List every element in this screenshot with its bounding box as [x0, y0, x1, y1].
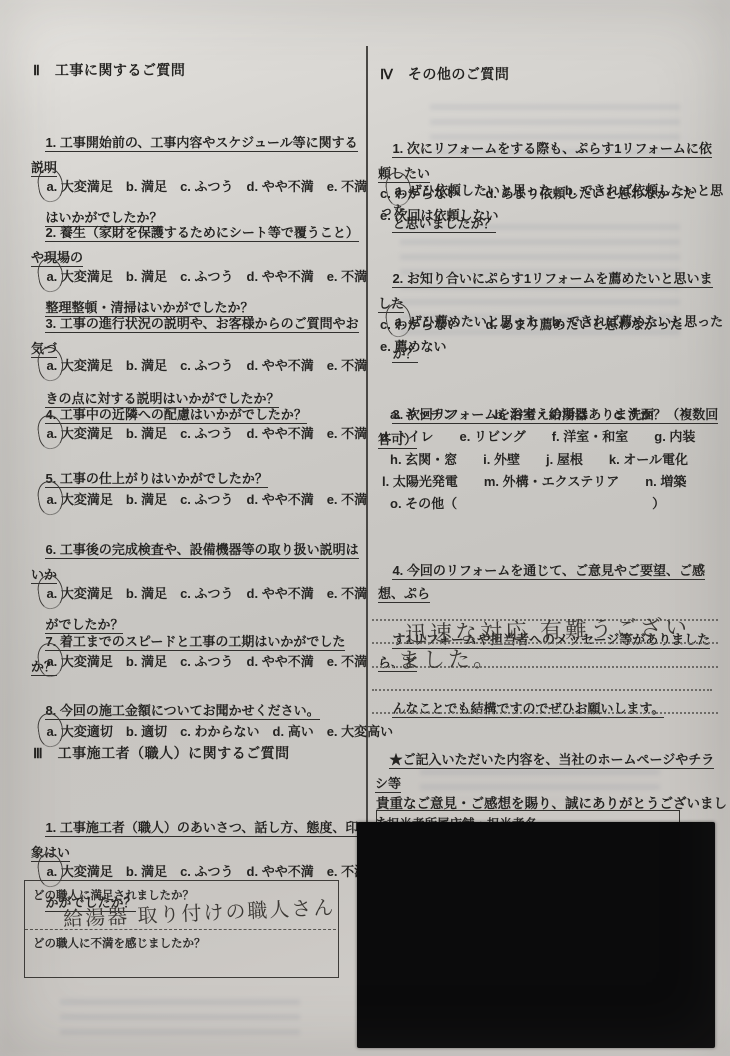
question-4-3-row2: d. トイレ e. リビング f. 洋室・和室 g. 内装 — [380, 427, 695, 447]
section-3-heading: Ⅲ 工事施工者（職人）に関するご質問 — [33, 743, 290, 763]
question-4-3-row4: l. 太陽光発電 m. 外構・エクステリア n. 増築 — [382, 472, 686, 492]
circled-answer-a: a. — [46, 652, 57, 672]
circled-answer-a: a. — [46, 177, 57, 197]
survey-page: Ⅱ 工事に関するご質問 1. 工事開始前の、工事内容やスケジュール等に関する説明… — [0, 0, 730, 1056]
question-4-1-options-line2: c. わからない d. あまり依頼したいと思わなかった — [380, 184, 696, 204]
handwritten-comment-line2: ました。 — [398, 642, 499, 675]
question-4-3-row5: o. その他（ ） — [390, 494, 665, 514]
circled-answer-a: a. — [46, 356, 57, 376]
redaction-block — [357, 822, 715, 1048]
dashed-answer-line — [25, 929, 336, 930]
comment-line — [372, 712, 718, 714]
section-2-heading: Ⅱ 工事に関するご質問 — [33, 60, 185, 80]
question-4-3-row1: a. キッチン b. 浴室・給湯器 c. 洗面 — [390, 405, 654, 425]
circled-answer-a: a. — [46, 267, 57, 287]
question-4-1-options-line3: e. 次回は依頼しない — [380, 206, 498, 226]
label-which-craftsman-unsatisfied: どの職人に不満を感じましたか？ — [33, 935, 206, 951]
craftsman-feedback-box: どの職人に満足されましたか？ 給湯器 取り付けの職人さん どの職人に不満を感じま… — [24, 880, 339, 978]
comment-line — [372, 689, 712, 691]
question-4-2-options-line3: e. 薦めない — [380, 337, 446, 357]
circled-answer-a: a. — [46, 722, 57, 742]
circled-answer-a: a. — [46, 584, 57, 604]
bleedthrough-texture — [60, 990, 300, 1040]
question-4-3-row3: h. 玄関・窓 i. 外壁 j. 屋根 k. オール電化 — [390, 450, 688, 470]
section-4-heading: Ⅳ その他のご質問 — [380, 64, 509, 84]
circled-answer-a: a. — [46, 862, 57, 882]
circled-answer-a: a. — [46, 490, 57, 510]
question-4-2-options-line2: c. わからない d. あまり薦めたいと思わなかった — [380, 315, 683, 335]
